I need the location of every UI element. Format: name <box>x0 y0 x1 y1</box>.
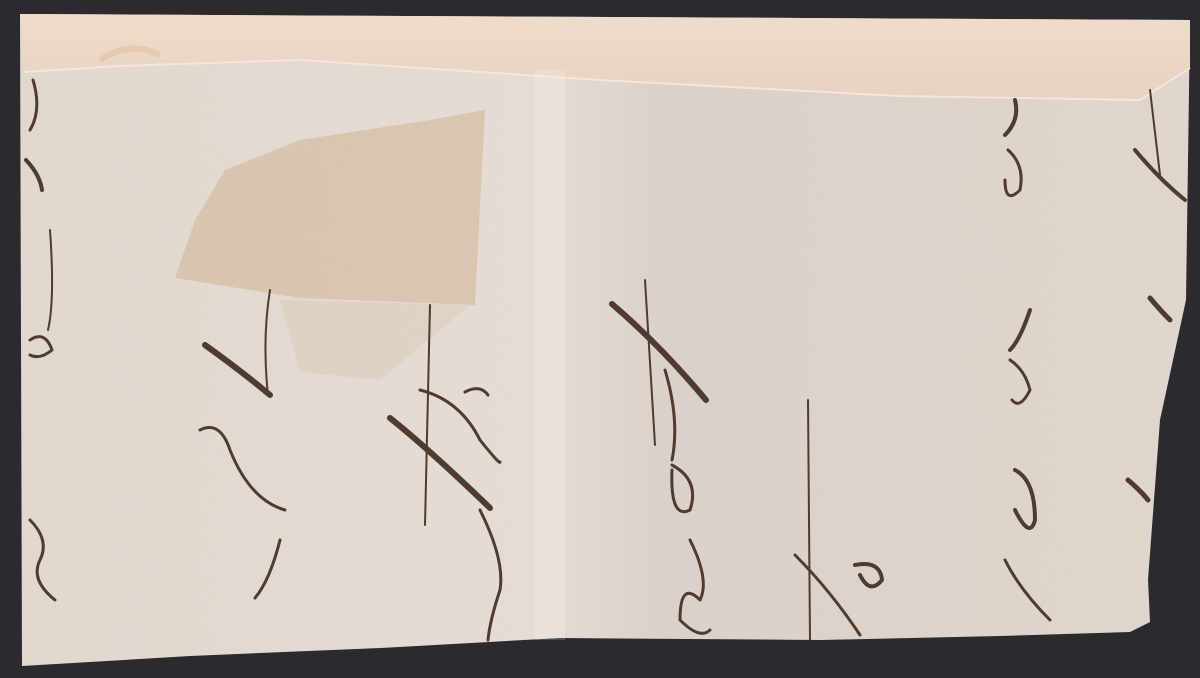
fold-crease <box>535 70 565 640</box>
paper-fragment-illustration <box>0 0 1200 678</box>
photo-stage <box>0 0 1200 678</box>
